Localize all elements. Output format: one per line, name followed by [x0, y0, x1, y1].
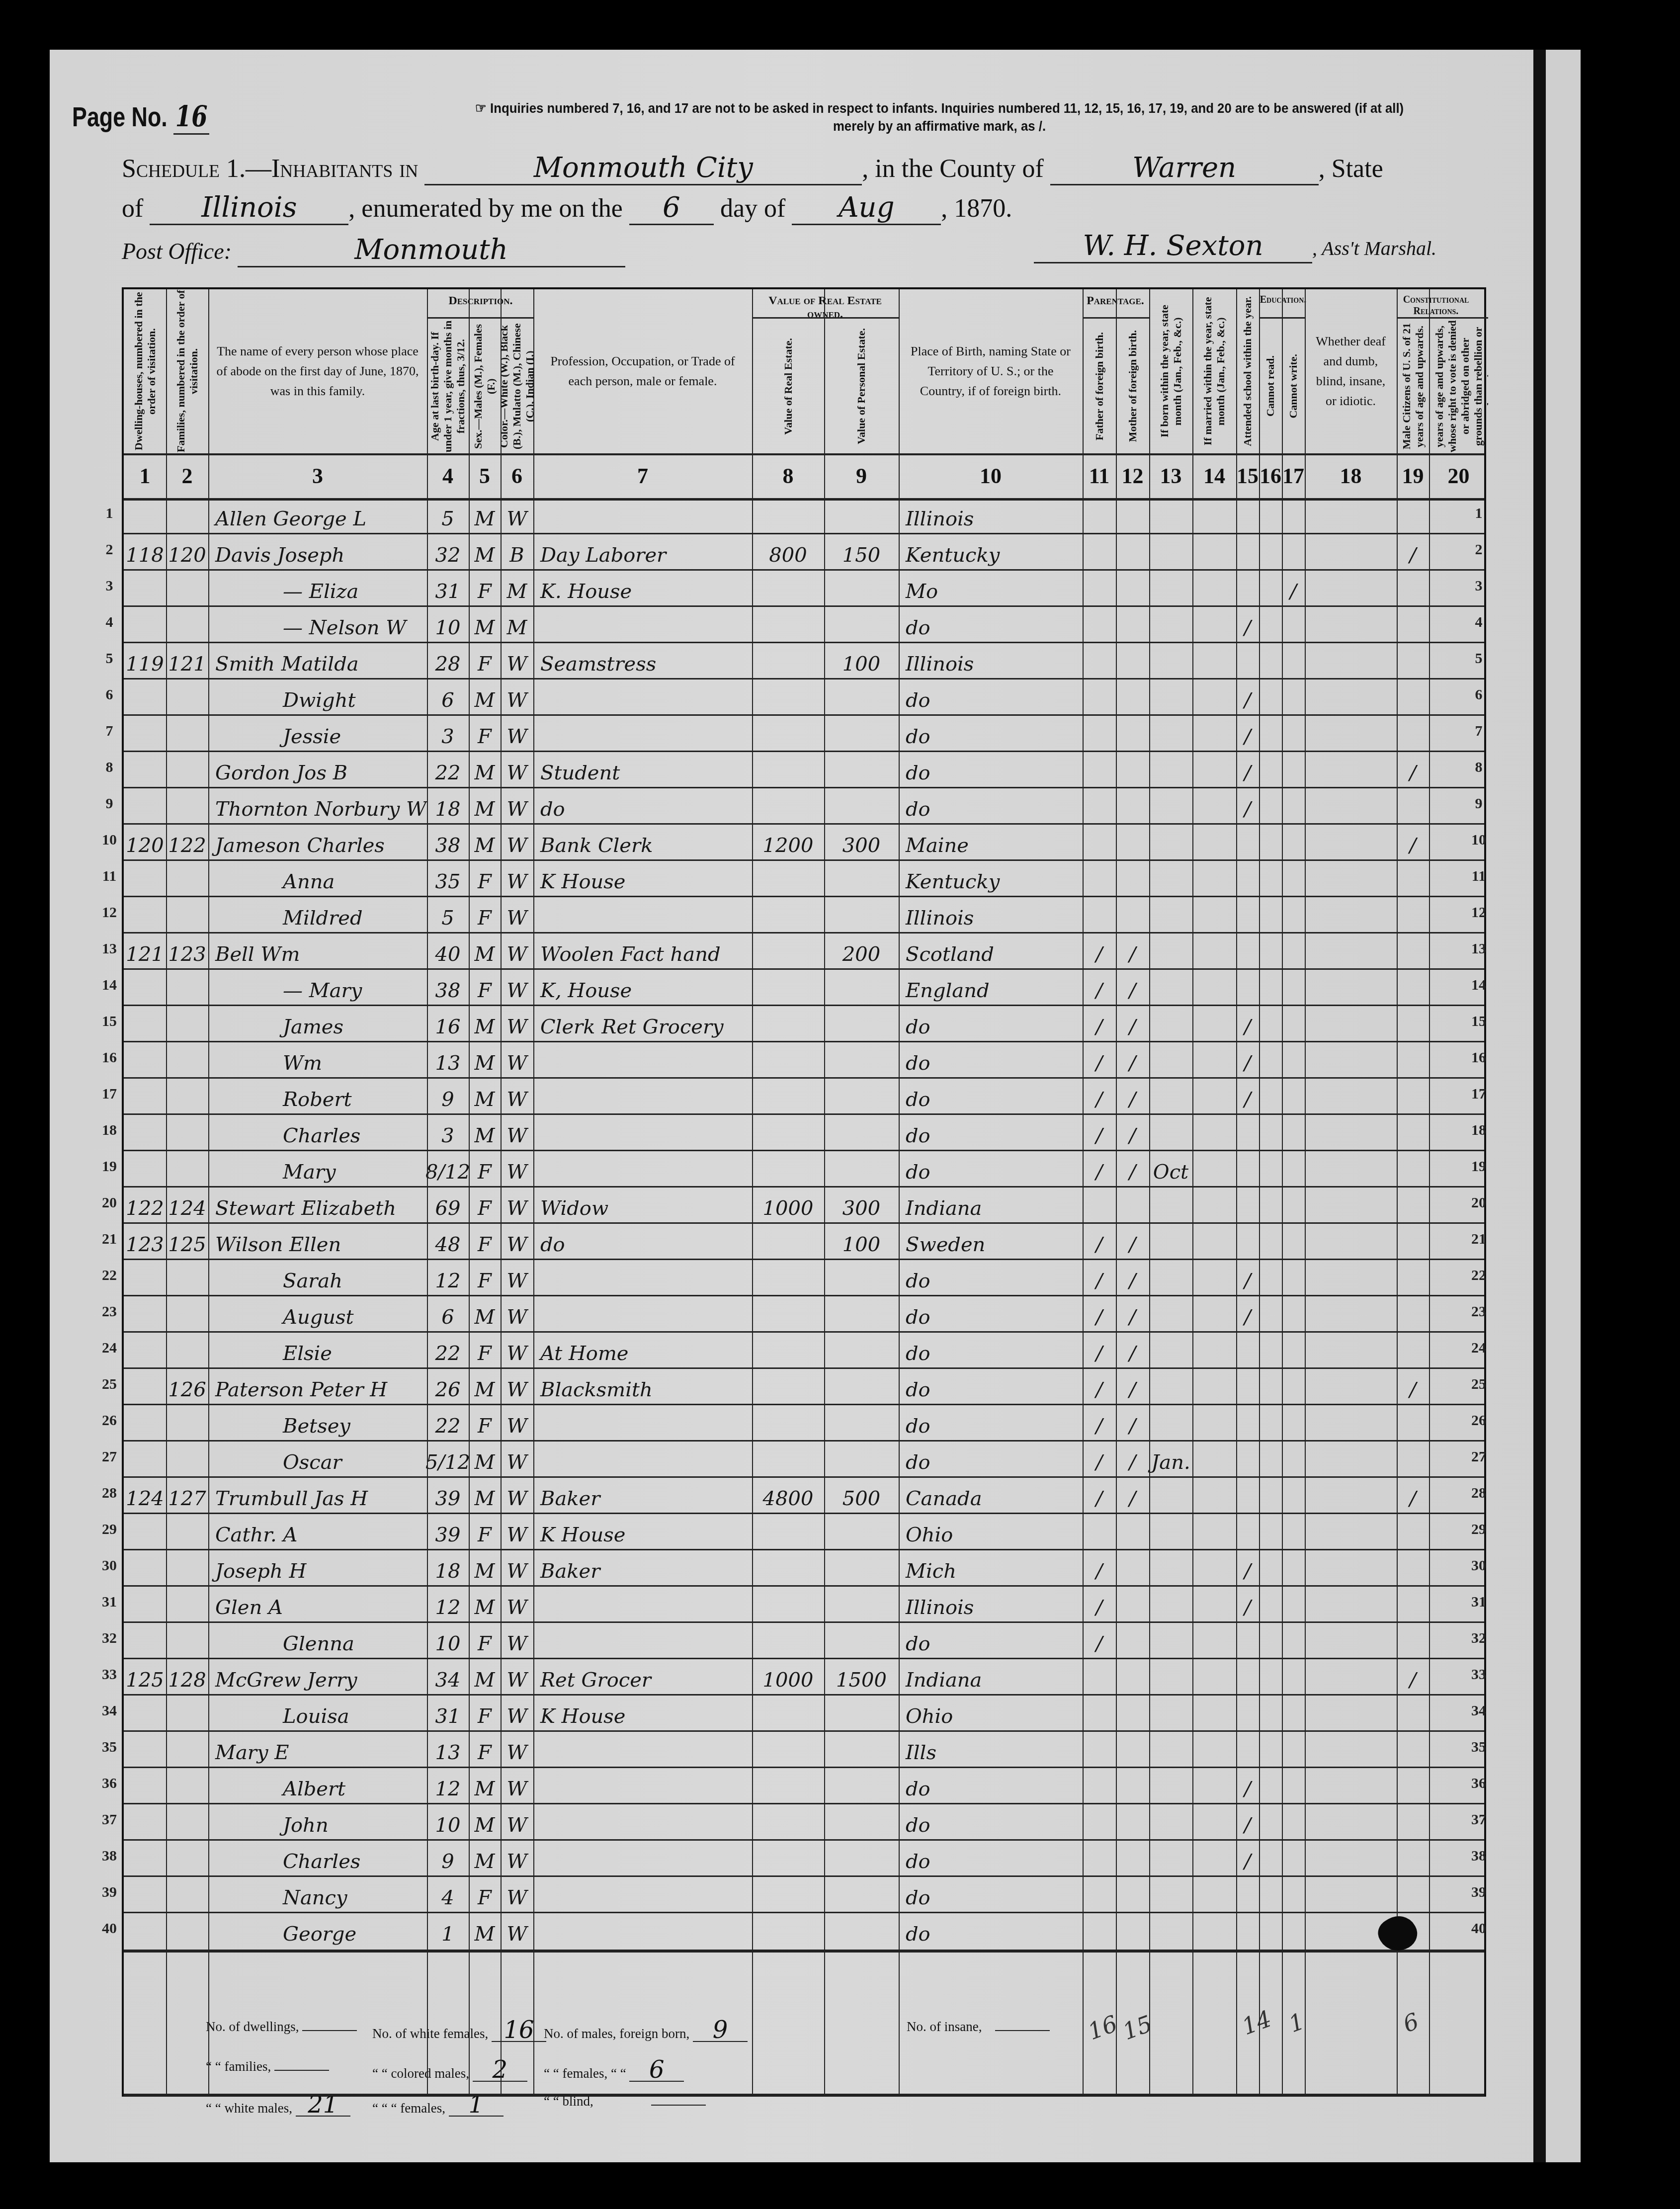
- cell-cannot-read: [1259, 1696, 1282, 1732]
- cell-mother-foreign: [1116, 1913, 1149, 1950]
- cell-citizen: [1397, 1732, 1429, 1768]
- column-number: 2: [166, 453, 208, 498]
- column-header-14: If married within the year, state month …: [1192, 289, 1236, 453]
- cell-mother-foreign: [1116, 1514, 1149, 1550]
- column-number: 18: [1305, 453, 1397, 498]
- cell-family: 128: [166, 1659, 208, 1696]
- cell-color: W: [501, 1587, 533, 1623]
- margin-row-number: 37: [1464, 1811, 1494, 1828]
- cell-real: [752, 1333, 824, 1369]
- cell-born-month: [1149, 752, 1192, 788]
- cell-name: Elsie: [208, 1333, 427, 1369]
- cell-real: [752, 1768, 824, 1804]
- cell-cannot-write: [1282, 1006, 1305, 1042]
- cell-personal: [824, 1732, 899, 1768]
- cell-citizen: [1397, 1333, 1429, 1369]
- cell-dwelling: [124, 1841, 166, 1877]
- cell-real: [752, 1151, 824, 1188]
- cell-name: Charles: [208, 1115, 427, 1151]
- cell-birthplace: Ills: [899, 1732, 1083, 1768]
- cell-real: [752, 1587, 824, 1623]
- cell-personal: [824, 607, 899, 643]
- cell-cannot-read: [1259, 970, 1282, 1006]
- table-row: 126Paterson Peter H26MWBlacksmithdo///: [124, 1369, 1484, 1405]
- cell-married-month: [1192, 1079, 1236, 1115]
- cell-dwelling: 123: [124, 1224, 166, 1260]
- cell-disability: [1305, 1877, 1397, 1913]
- cell-age: 5: [427, 897, 469, 934]
- cell-sex: F: [469, 1623, 501, 1659]
- cell-name: Albert: [208, 1768, 427, 1804]
- cell-birthplace: do: [899, 788, 1083, 825]
- cell-citizen: [1397, 934, 1429, 970]
- cell-school: [1236, 1151, 1259, 1188]
- cell-color: W: [501, 1514, 533, 1550]
- cell-family: [166, 1333, 208, 1369]
- cell-father-foreign: [1083, 1188, 1116, 1224]
- cell-birthplace: do: [899, 1877, 1083, 1913]
- cell-school: [1236, 934, 1259, 970]
- cell-sex: M: [469, 1550, 501, 1587]
- cell-dwelling: [124, 1877, 166, 1913]
- margin-row-number: 21: [1464, 1231, 1494, 1248]
- cell-cannot-write: [1282, 1587, 1305, 1623]
- cell-mother-foreign: /: [1116, 1079, 1149, 1115]
- cell-name: Allen George L: [208, 498, 427, 534]
- cell-name: McGrew Jerry: [208, 1659, 427, 1696]
- cell-sex: M: [469, 1804, 501, 1841]
- cell-born-month: [1149, 1188, 1192, 1224]
- cell-mother-foreign: /: [1116, 1369, 1149, 1405]
- cell-birthplace: Canada: [899, 1478, 1083, 1514]
- cell-disability: [1305, 1696, 1397, 1732]
- cell-occupation: Bank Clerk: [533, 825, 752, 861]
- cell-mother-foreign: [1116, 1587, 1149, 1623]
- summary-colored-females: “ “ “ females, 1: [372, 2094, 504, 2117]
- table-rule: [124, 1950, 1484, 1953]
- cell-sex: M: [469, 680, 501, 716]
- cell-color: W: [501, 1478, 533, 1514]
- column-divider: [1149, 289, 1150, 2095]
- cell-married-month: [1192, 934, 1236, 970]
- cell-name: Wm: [208, 1042, 427, 1079]
- cell-family: [166, 1841, 208, 1877]
- column-header-2: Families, numbered in the order of visit…: [166, 289, 208, 453]
- table-row: Mary E13FWIlls: [124, 1732, 1484, 1768]
- cell-disability: [1305, 1260, 1397, 1296]
- margin-row-number: 14: [1464, 977, 1494, 994]
- cell-mother-foreign: [1116, 1768, 1149, 1804]
- cell-family: [166, 861, 208, 897]
- cell-cannot-write: [1282, 1442, 1305, 1478]
- summary-insane: No. of insane,: [907, 2019, 1050, 2035]
- cell-school: [1236, 1442, 1259, 1478]
- cell-dwelling: 118: [124, 534, 166, 571]
- cell-father-foreign: /: [1083, 970, 1116, 1006]
- cell-name: Smith Matilda: [208, 643, 427, 680]
- cell-married-month: [1192, 788, 1236, 825]
- column-number: 15: [1236, 453, 1259, 498]
- margin-row-number: 16: [1464, 1049, 1494, 1066]
- cell-father-foreign: /: [1083, 1115, 1116, 1151]
- cell-cannot-write: [1282, 1151, 1305, 1188]
- cell-mother-foreign: [1116, 825, 1149, 861]
- cell-age: 5/12: [427, 1442, 469, 1478]
- cell-mother-foreign: [1116, 1188, 1149, 1224]
- margin-row-number-left: 12: [92, 904, 127, 921]
- cell-citizen: [1397, 1151, 1429, 1188]
- cell-cannot-write: [1282, 1841, 1305, 1877]
- table-row: Cathr. A39FWK HouseOhio: [124, 1514, 1484, 1550]
- cell-family: [166, 1079, 208, 1115]
- cell-name: — Eliza: [208, 571, 427, 607]
- cell-married-month: [1192, 1768, 1236, 1804]
- cell-born-month: [1149, 1913, 1192, 1950]
- cell-color: W: [501, 1877, 533, 1913]
- cell-real: [752, 1260, 824, 1296]
- cell-birthplace: Indiana: [899, 1188, 1083, 1224]
- cell-personal: [824, 1442, 899, 1478]
- group-underline: [427, 317, 533, 319]
- adjacent-page-edge: [1546, 50, 1581, 2162]
- cell-disability: [1305, 861, 1397, 897]
- table-row: Anna35FWK HouseKentucky: [124, 861, 1484, 897]
- cell-school: [1236, 1696, 1259, 1732]
- cell-occupation: Widow: [533, 1188, 752, 1224]
- cell-born-month: [1149, 1079, 1192, 1115]
- cell-color: W: [501, 752, 533, 788]
- column-header-16: Cannot read.: [1259, 319, 1282, 453]
- column-divider: [1259, 289, 1260, 2095]
- cell-born-month: [1149, 1405, 1192, 1442]
- cell-mother-foreign: [1116, 1696, 1149, 1732]
- cell-disability: [1305, 1442, 1397, 1478]
- cell-sex: M: [469, 607, 501, 643]
- cell-sex: M: [469, 1913, 501, 1950]
- cell-sex: M: [469, 534, 501, 571]
- cell-real: [752, 1550, 824, 1587]
- column-header-7: Profession, Occupation, or Trade of each…: [533, 289, 752, 453]
- group-parentage: Parentage.: [1078, 294, 1153, 308]
- column-divider: [1116, 289, 1117, 2095]
- cell-occupation: [533, 1405, 752, 1442]
- cell-age: 40: [427, 934, 469, 970]
- cell-age: 12: [427, 1587, 469, 1623]
- cell-personal: 300: [824, 1188, 899, 1224]
- cell-sex: M: [469, 1079, 501, 1115]
- cell-cannot-write: [1282, 1115, 1305, 1151]
- cell-mother-foreign: [1116, 1550, 1149, 1587]
- cell-birthplace: do: [899, 1841, 1083, 1877]
- cell-sex: F: [469, 1188, 501, 1224]
- cell-school: [1236, 1478, 1259, 1514]
- column-header-15: Attended school within the year.: [1236, 289, 1259, 453]
- cell-sex: M: [469, 752, 501, 788]
- cell-sex: M: [469, 1478, 501, 1514]
- cell-disability: [1305, 1587, 1397, 1623]
- cell-dwelling: [124, 1587, 166, 1623]
- cell-occupation: do: [533, 1224, 752, 1260]
- cell-family: [166, 1550, 208, 1587]
- cell-disability: [1305, 1151, 1397, 1188]
- cell-born-month: Jan.: [1149, 1442, 1192, 1478]
- margin-row-number: 25: [1464, 1376, 1494, 1393]
- cell-personal: [824, 1587, 899, 1623]
- cell-married-month: [1192, 571, 1236, 607]
- column-number: 14: [1192, 453, 1236, 498]
- table-row: Gordon Jos B22MWStudentdo//: [124, 752, 1484, 788]
- cell-school: /: [1236, 1296, 1259, 1333]
- column-header-6: Color.—White (W.), Black (B.), Mulatto (…: [501, 319, 533, 453]
- table-row: George1MWdo: [124, 1913, 1484, 1950]
- cell-personal: [824, 1514, 899, 1550]
- cell-birthplace: do: [899, 1913, 1083, 1950]
- cell-birthplace: do: [899, 1151, 1083, 1188]
- cell-name: Mary: [208, 1151, 427, 1188]
- cell-born-month: [1149, 1841, 1192, 1877]
- table-row: 123125Wilson Ellen48FWdo100Sweden//: [124, 1224, 1484, 1260]
- cell-dwelling: [124, 498, 166, 534]
- margin-row-number-left: 37: [92, 1811, 127, 1828]
- cell-occupation: K House: [533, 1514, 752, 1550]
- cell-personal: [824, 1151, 899, 1188]
- cell-cannot-read: [1259, 1514, 1282, 1550]
- cell-dwelling: [124, 1006, 166, 1042]
- cell-name: Jessie: [208, 716, 427, 752]
- cell-cannot-write: [1282, 716, 1305, 752]
- margin-row-number-left: 34: [92, 1702, 127, 1719]
- margin-row-number-left: 16: [92, 1049, 127, 1066]
- margin-row-number-left: 28: [92, 1485, 127, 1502]
- cell-birthplace: Mo: [899, 571, 1083, 607]
- cell-mother-foreign: [1116, 897, 1149, 934]
- cell-married-month: [1192, 716, 1236, 752]
- cell-personal: [824, 1369, 899, 1405]
- cell-birthplace: Scotland: [899, 934, 1083, 970]
- cell-color: W: [501, 1079, 533, 1115]
- column-divider: [1083, 289, 1084, 2095]
- cell-dwelling: [124, 1804, 166, 1841]
- column-header-8: Value of Real Estate.: [752, 319, 824, 453]
- cell-mother-foreign: [1116, 534, 1149, 571]
- cell-real: [752, 861, 824, 897]
- cell-personal: [824, 752, 899, 788]
- margin-row-number-left: 35: [92, 1739, 127, 1756]
- cell-married-month: [1192, 1478, 1236, 1514]
- margin-row-number: 23: [1464, 1303, 1494, 1320]
- margin-row-number: 9: [1464, 795, 1494, 812]
- cell-family: 124: [166, 1188, 208, 1224]
- cell-birthplace: Mich: [899, 1550, 1083, 1587]
- cell-age: 8/12: [427, 1151, 469, 1188]
- cell-real: [752, 1115, 824, 1151]
- cell-mother-foreign: /: [1116, 1006, 1149, 1042]
- cell-cannot-write: [1282, 1913, 1305, 1950]
- margin-row-number-left: 23: [92, 1303, 127, 1320]
- cell-citizen: /: [1397, 752, 1429, 788]
- cell-father-foreign: [1083, 498, 1116, 534]
- cell-cannot-read: [1259, 934, 1282, 970]
- cell-sex: F: [469, 571, 501, 607]
- cell-born-month: [1149, 716, 1192, 752]
- cell-married-month: [1192, 1804, 1236, 1841]
- table-row: — Nelson W10MMdo/: [124, 607, 1484, 643]
- day-field: 6: [629, 191, 714, 225]
- cell-school: /: [1236, 607, 1259, 643]
- group-underline: [1397, 317, 1488, 319]
- cell-name: Louisa: [208, 1696, 427, 1732]
- margin-row-number: 40: [1464, 1920, 1494, 1937]
- cell-cannot-write: [1282, 1079, 1305, 1115]
- cell-dwelling: 119: [124, 643, 166, 680]
- cell-sex: M: [469, 1587, 501, 1623]
- cell-birthplace: Illinois: [899, 643, 1083, 680]
- cell-color: W: [501, 1333, 533, 1369]
- cell-family: [166, 1587, 208, 1623]
- cell-married-month: [1192, 1333, 1236, 1369]
- cell-occupation: [533, 498, 752, 534]
- cell-married-month: [1192, 1696, 1236, 1732]
- cell-married-month: [1192, 1550, 1236, 1587]
- cell-occupation: do: [533, 788, 752, 825]
- cell-color: W: [501, 643, 533, 680]
- cell-age: 10: [427, 607, 469, 643]
- cell-name: Stewart Elizabeth: [208, 1188, 427, 1224]
- group-education: Education.: [1260, 294, 1307, 306]
- cell-mother-foreign: /: [1116, 1442, 1149, 1478]
- cell-family: [166, 752, 208, 788]
- margin-row-number: 3: [1464, 578, 1494, 595]
- margin-row-number-left: 4: [92, 614, 127, 631]
- column-header-19: Male Citizens of U. S. of 21 years of ag…: [1397, 319, 1429, 453]
- cell-father-foreign: [1083, 1696, 1116, 1732]
- column-divider: [1282, 289, 1283, 2095]
- cell-mother-foreign: [1116, 607, 1149, 643]
- cell-married-month: [1192, 680, 1236, 716]
- cell-mother-foreign: [1116, 571, 1149, 607]
- cell-disability: [1305, 716, 1397, 752]
- cell-family: [166, 1260, 208, 1296]
- cell-family: [166, 1768, 208, 1804]
- cell-occupation: Ret Grocer: [533, 1659, 752, 1696]
- page-number-value: 16: [173, 99, 209, 135]
- cell-cannot-read: [1259, 861, 1282, 897]
- cell-dwelling: [124, 607, 166, 643]
- cell-father-foreign: [1083, 861, 1116, 897]
- cell-real: [752, 716, 824, 752]
- cell-name: James: [208, 1006, 427, 1042]
- cell-age: 48: [427, 1224, 469, 1260]
- cell-color: W: [501, 1042, 533, 1079]
- cell-cannot-write: [1282, 788, 1305, 825]
- cell-sex: F: [469, 1405, 501, 1442]
- cell-married-month: [1192, 1732, 1236, 1768]
- cell-personal: 1500: [824, 1659, 899, 1696]
- cell-born-month: [1149, 571, 1192, 607]
- margin-row-number-left: 36: [92, 1775, 127, 1792]
- cell-born-month: [1149, 861, 1192, 897]
- cell-married-month: [1192, 970, 1236, 1006]
- cell-father-foreign: /: [1083, 1442, 1116, 1478]
- cell-family: [166, 1115, 208, 1151]
- cell-school: [1236, 825, 1259, 861]
- column-number: 13: [1149, 453, 1192, 498]
- cell-age: 35: [427, 861, 469, 897]
- cell-cannot-read: [1259, 1224, 1282, 1260]
- cell-birthplace: do: [899, 1804, 1083, 1841]
- cell-cannot-write: [1282, 1768, 1305, 1804]
- table-row: 121123Bell Wm40MWWoolen Fact hand200Scot…: [124, 934, 1484, 970]
- column-number: 7: [533, 453, 752, 498]
- margin-row-number-left: 1: [92, 505, 127, 522]
- cell-color: W: [501, 1224, 533, 1260]
- cell-dwelling: [124, 1296, 166, 1333]
- cell-family: [166, 498, 208, 534]
- page-number: Page No. 16: [72, 99, 209, 135]
- cell-occupation: [533, 1913, 752, 1950]
- cell-school: /: [1236, 1260, 1259, 1296]
- cell-disability: [1305, 498, 1397, 534]
- cell-birthplace: do: [899, 1768, 1083, 1804]
- cell-citizen: [1397, 1115, 1429, 1151]
- cell-father-foreign: /: [1083, 1079, 1116, 1115]
- cell-dwelling: [124, 1079, 166, 1115]
- margin-row-number: 2: [1464, 541, 1494, 558]
- cell-personal: 150: [824, 534, 899, 571]
- cell-mother-foreign: /: [1116, 1042, 1149, 1079]
- cell-occupation: K, House: [533, 970, 752, 1006]
- cell-cannot-read: [1259, 1442, 1282, 1478]
- cell-occupation: [533, 1296, 752, 1333]
- cell-born-month: [1149, 607, 1192, 643]
- margin-row-number: 24: [1464, 1340, 1494, 1357]
- margin-row-number-left: 38: [92, 1848, 127, 1865]
- cell-dwelling: [124, 1260, 166, 1296]
- cell-cannot-write: [1282, 1369, 1305, 1405]
- cell-cannot-read: [1259, 1804, 1282, 1841]
- table-row: Mary8/12FWdo//Oct: [124, 1151, 1484, 1188]
- cell-born-month: [1149, 1042, 1192, 1079]
- cell-disability: [1305, 1804, 1397, 1841]
- cell-occupation: Seamstress: [533, 643, 752, 680]
- cell-disability: [1305, 1369, 1397, 1405]
- cell-occupation: K House: [533, 861, 752, 897]
- cell-sex: M: [469, 1768, 501, 1804]
- cell-occupation: [533, 1623, 752, 1659]
- cell-cannot-write: [1282, 1696, 1305, 1732]
- cell-real: 1200: [752, 825, 824, 861]
- cell-citizen: [1397, 1042, 1429, 1079]
- group-constitutional: Constitutional Relations.: [1389, 294, 1483, 317]
- cell-citizen: [1397, 1550, 1429, 1587]
- cell-cannot-write: [1282, 861, 1305, 897]
- margin-row-number: 13: [1464, 940, 1494, 957]
- cell-family: 127: [166, 1478, 208, 1514]
- cell-color: W: [501, 1188, 533, 1224]
- margin-row-number: 39: [1464, 1884, 1494, 1901]
- summary-foreign-females: “ “ females, “ “ 6: [544, 2059, 684, 2082]
- cell-family: [166, 1296, 208, 1333]
- cell-personal: [824, 1550, 899, 1587]
- cell-age: 4: [427, 1877, 469, 1913]
- margin-row-number-left: 17: [92, 1086, 127, 1103]
- cell-color: W: [501, 970, 533, 1006]
- cell-citizen: [1397, 1079, 1429, 1115]
- cell-name: Glenna: [208, 1623, 427, 1659]
- cell-dwelling: [124, 716, 166, 752]
- cell-age: 9: [427, 1841, 469, 1877]
- cell-disability: [1305, 1732, 1397, 1768]
